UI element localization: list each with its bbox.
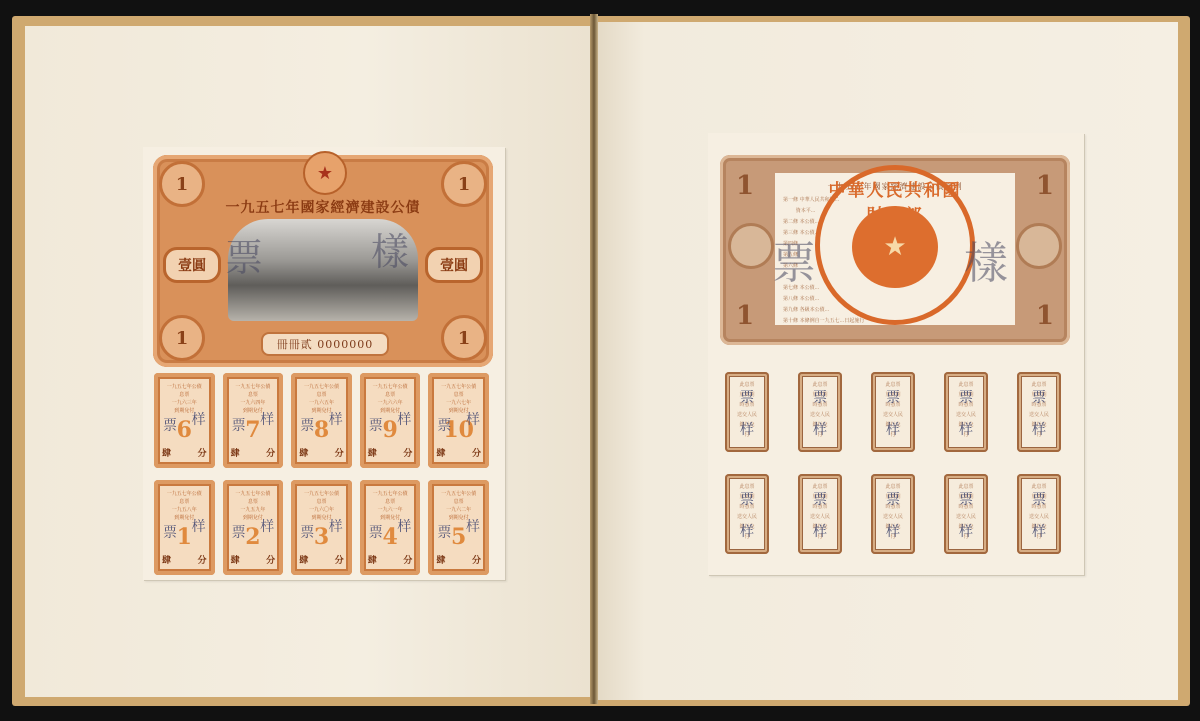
coupon-back: 此息票 於到期 時憑票 送交人民 銀行兌 付票样: [871, 474, 915, 554]
specimen-mark: 样: [725, 419, 769, 439]
national-emblem-icon: ★: [852, 206, 938, 288]
specimen-mark: 样: [798, 521, 842, 541]
specimen-mark: 样: [725, 521, 769, 541]
coupon-back: 此息票 於到期 時憑票 送交人民 銀行兌 付票样: [798, 372, 842, 452]
value-numeral: 1: [1036, 301, 1054, 331]
ministry-of-finance-seal: 中華人民共和國財政部 ★: [815, 165, 975, 325]
album-spine: [590, 14, 598, 704]
specimen-mark: 样: [192, 409, 206, 429]
coupon-amount: 肆分: [231, 553, 276, 566]
specimen-mark: 票: [798, 489, 842, 509]
specimen-mark: 票: [300, 415, 314, 435]
corner-value: 1: [441, 161, 487, 207]
coupon-amount: 肆分: [162, 553, 207, 566]
interest-coupon: 一九五七年公債 息票 一九六五年 到期兌付 8 票 样 肆分: [291, 373, 352, 468]
value-numeral: 1: [1036, 171, 1054, 201]
interest-coupon: 一九五七年公債 息票 一九六〇年 到期兌付 3 票 样 肆分: [291, 480, 352, 575]
specimen-mark: 样: [466, 516, 480, 536]
specimen-overprint: 票: [225, 227, 263, 282]
specimen-mark: 票: [1017, 489, 1061, 509]
specimen-mark: 样: [466, 409, 480, 429]
coupon-back: 此息票 於到期 時憑票 送交人民 銀行兌 付票样: [1017, 474, 1061, 554]
specimen-mark: 样: [260, 409, 274, 429]
specimen-mark: 样: [397, 409, 411, 429]
specimen-mark: 样: [944, 521, 988, 541]
specimen-mark: 票: [369, 415, 383, 435]
coupon-amount: 肆分: [299, 553, 344, 566]
specimen-mark: 票: [725, 489, 769, 509]
specimen-mark: 票: [163, 522, 177, 542]
national-emblem-icon: ★: [303, 151, 347, 195]
specimen-overprint: 樣: [964, 227, 1008, 291]
denomination-left: 壹圓: [163, 247, 221, 283]
specimen-mark: 票: [871, 489, 915, 509]
specimen-mark: 样: [397, 516, 411, 536]
corner-value: 1: [159, 161, 205, 207]
denomination-right: 壹圓: [425, 247, 483, 283]
specimen-mark: 票: [1017, 387, 1061, 407]
coupon-amount: 肆分: [299, 446, 344, 459]
specimen-mark: 样: [871, 419, 915, 439]
interest-coupon: 一九五七年公債 息票 一九五九年 到期兌付 2 票 样 肆分: [223, 480, 284, 575]
interest-coupon: 一九五七年公債 息票 一九六三年 到期兌付 6 票 样 肆分: [154, 373, 215, 468]
specimen-mark: 票: [163, 415, 177, 435]
coupon-back: 此息票 於到期 時憑票 送交人民 銀行兌 付票样: [871, 372, 915, 452]
coupon-back: 此息票 於到期 時憑票 送交人民 銀行兌 付票样: [725, 474, 769, 554]
corner-value: 1: [441, 315, 487, 361]
coupon-grid-back: 此息票 於到期 時憑票 送交人民 銀行兌 付票样 此息票 於到期 時憑票 送交人…: [725, 372, 1065, 554]
serial-number-box: 冊冊貳 0000000: [261, 332, 389, 356]
bond-certificate-front: 1 1 1 1 ★ 一九五七年國家經濟建設公債 壹圓 壹圓 冊冊貳 000000…: [153, 155, 493, 367]
specimen-mark: 票: [798, 387, 842, 407]
specimen-mark: 票: [871, 387, 915, 407]
coupon-amount: 肆分: [162, 446, 207, 459]
coupon-amount: 肆分: [436, 446, 481, 459]
specimen-mark: 票: [232, 415, 246, 435]
specimen-mark: 样: [1017, 521, 1061, 541]
specimen-mark: 样: [192, 516, 206, 536]
coupon-amount: 肆分: [368, 446, 413, 459]
interest-coupon: 一九五七年公債 息票 一九六一年 到期兌付 4 票 样 肆分: [360, 480, 421, 575]
value-numeral: 1: [736, 171, 754, 201]
coupon-amount: 肆分: [436, 553, 481, 566]
value-numeral: 1: [736, 301, 754, 331]
interest-coupon: 一九五七年公債 息票 一九六六年 到期兌付 9 票 样 肆分: [360, 373, 421, 468]
interest-coupon: 一九五七年公債 息票 一九五八年 到期兌付 1 票 样 肆分: [154, 480, 215, 575]
interest-coupon: 一九五七年公債 息票 一九六七年 到期兌付 10 票 样 肆分: [428, 373, 489, 468]
specimen-mark: 样: [260, 516, 274, 536]
specimen-overprint: 樣: [371, 221, 409, 276]
specimen-mark: 票: [437, 522, 451, 542]
corner-value: 1: [159, 315, 205, 361]
coupon-back: 此息票 於到期 時憑票 送交人民 銀行兌 付票样: [798, 474, 842, 554]
serial-number: 0000000: [317, 338, 373, 351]
interest-coupon: 一九五七年公債 息票 一九六四年 到期兌付 7 票 样 肆分: [223, 373, 284, 468]
specimen-mark: 票: [944, 387, 988, 407]
coupon-amount: 肆分: [231, 446, 276, 459]
rosette-ornament: [728, 223, 774, 269]
coupon-back: 此息票 於到期 時憑票 送交人民 銀行兌 付票样: [944, 474, 988, 554]
specimen-mark: 票: [300, 522, 314, 542]
specimen-mark: 样: [944, 419, 988, 439]
specimen-mark: 样: [871, 521, 915, 541]
coupon-grid-front: 一九五七年公債 息票 一九六三年 到期兌付 6 票 样 肆分 一九五七年公債 息…: [154, 373, 489, 575]
interest-coupon: 一九五七年公債 息票 一九六二年 到期兌付 5 票 样 肆分: [428, 480, 489, 575]
bond-certificate-back: 1 1 1 1 一九五七年國家經濟建設公債條例 第一條 中華人民共和國... 資…: [720, 155, 1070, 345]
bond-title: 一九五七年國家經濟建設公債: [213, 197, 433, 217]
specimen-mark: 票: [437, 415, 451, 435]
specimen-mark: 样: [329, 409, 343, 429]
bond-front-specimen-sheet: 1 1 1 1 ★ 一九五七年國家經濟建設公債 壹圓 壹圓 冊冊貳 000000…: [143, 147, 505, 580]
serial-label: 冊冊貳: [277, 336, 313, 352]
specimen-mark: 样: [798, 419, 842, 439]
coupon-back: 此息票 於到期 時憑票 送交人民 銀行兌 付票样: [1017, 372, 1061, 452]
coupon-back: 此息票 於到期 時憑票 送交人民 銀行兌 付票样: [944, 372, 988, 452]
specimen-mark: 票: [725, 387, 769, 407]
rosette-ornament: [1016, 223, 1062, 269]
specimen-mark: 票: [369, 522, 383, 542]
specimen-overprint: 票: [772, 227, 816, 291]
coupon-amount: 肆分: [368, 553, 413, 566]
specimen-mark: 票: [232, 522, 246, 542]
specimen-mark: 票: [944, 489, 988, 509]
specimen-mark: 样: [1017, 419, 1061, 439]
specimen-mark: 样: [329, 516, 343, 536]
coupon-back: 此息票 於到期 時憑票 送交人民 銀行兌 付票样: [725, 372, 769, 452]
bond-back-specimen-sheet: 1 1 1 1 一九五七年國家經濟建設公債條例 第一條 中華人民共和國... 資…: [708, 133, 1084, 575]
